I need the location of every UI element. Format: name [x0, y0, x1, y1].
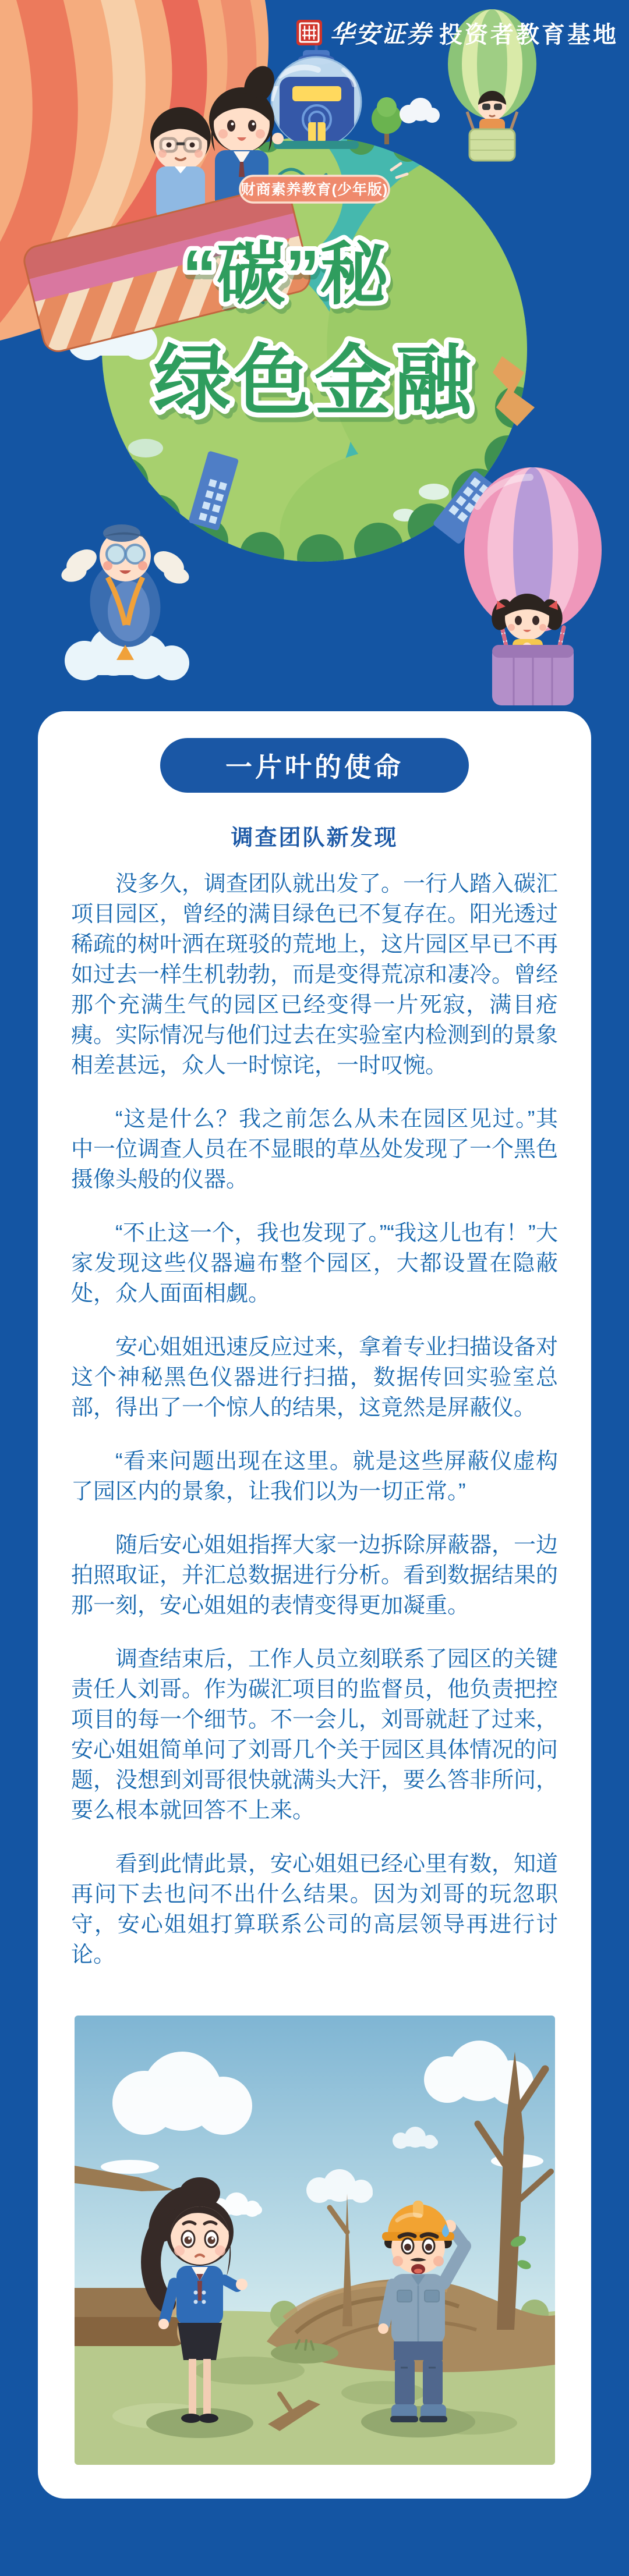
- header-illustration: 财商素养教育(少年版) “碳”秘 “碳”秘 绿色金融 绿色金融: [0, 0, 629, 722]
- paragraph: 没多久，调查团队就出发了。一行人踏入碳汇项目园区，曾经的满目绿色已不复存在。阳光…: [71, 869, 558, 1081]
- article-card: 一片叶的使命 调查团队新发现 没多久，调查团队就出发了。一行人踏入碳汇项目园区，…: [38, 711, 591, 2499]
- title-line2: 绿色金融: [154, 338, 475, 424]
- green-balloon-passenger: [478, 91, 506, 133]
- shadow-liuge: [361, 2406, 475, 2437]
- shadow-anxin: [146, 2408, 253, 2438]
- paragraph: “这是什么？我之前怎么从未在园区见过。”其中一位调查人员在不显眼的草丛处发现了一…: [71, 1104, 558, 1195]
- paragraph: 安心姐姐迅速反应过来，拿着专业扫描设备对这个神秘黑色仪器进行扫描，数据传回实验室…: [71, 1332, 558, 1423]
- poster-page: 财商素养教育(少年版) “碳”秘 “碳”秘 绿色金融 绿色金融: [0, 0, 629, 2576]
- article-subtitle: 调查团队新发现: [231, 819, 398, 851]
- brand-header: 华安证券 投资者教育基地: [296, 15, 619, 50]
- brand-name: 华安证券: [330, 15, 432, 50]
- paragraph: “看来问题出现在这里。就是这些屏蔽仪虚构了园区内的景象，让我们以为一切正常。”: [71, 1446, 558, 1507]
- section-title-label: 一片叶的使命: [225, 746, 404, 785]
- section-title-banner: 一片叶的使命: [160, 738, 469, 793]
- title-line1: “碳”秘: [182, 236, 390, 313]
- edition-badge-label: 财商素养教育(少年版): [241, 181, 388, 198]
- footer-illustration: [75, 2016, 555, 2465]
- paragraph: “不止这一个，我也发现了。”“我这儿也有！”大家发现这些仪器遍布整个园区，大都设…: [71, 1218, 558, 1309]
- brand-suffix: 投资者教育基地: [439, 16, 619, 49]
- brand-seal-icon: [296, 19, 323, 46]
- paragraph: 随后安心姐姐指挥大家一边拆除屏蔽器，一边拍照取证，并汇总数据进行分析。看到数据结…: [71, 1530, 558, 1621]
- paragraph: 调查结束后，工作人员立刻联系了园区的关键责任人刘哥。作为碳汇项目的监督员，他负责…: [71, 1644, 558, 1826]
- paragraph: 看到此情此景，安心姐姐已经心里有数，知道再问下去也问不出什么结果。因为刘哥的玩忽…: [71, 1849, 558, 1970]
- header-scene-svg: 财商素养教育(少年版) “碳”秘 “碳”秘 绿色金融 绿色金融: [0, 0, 629, 722]
- article-body: 没多久，调查团队就出发了。一行人踏入碳汇项目园区，曾经的满目绿色已不复存在。阳光…: [71, 869, 558, 1993]
